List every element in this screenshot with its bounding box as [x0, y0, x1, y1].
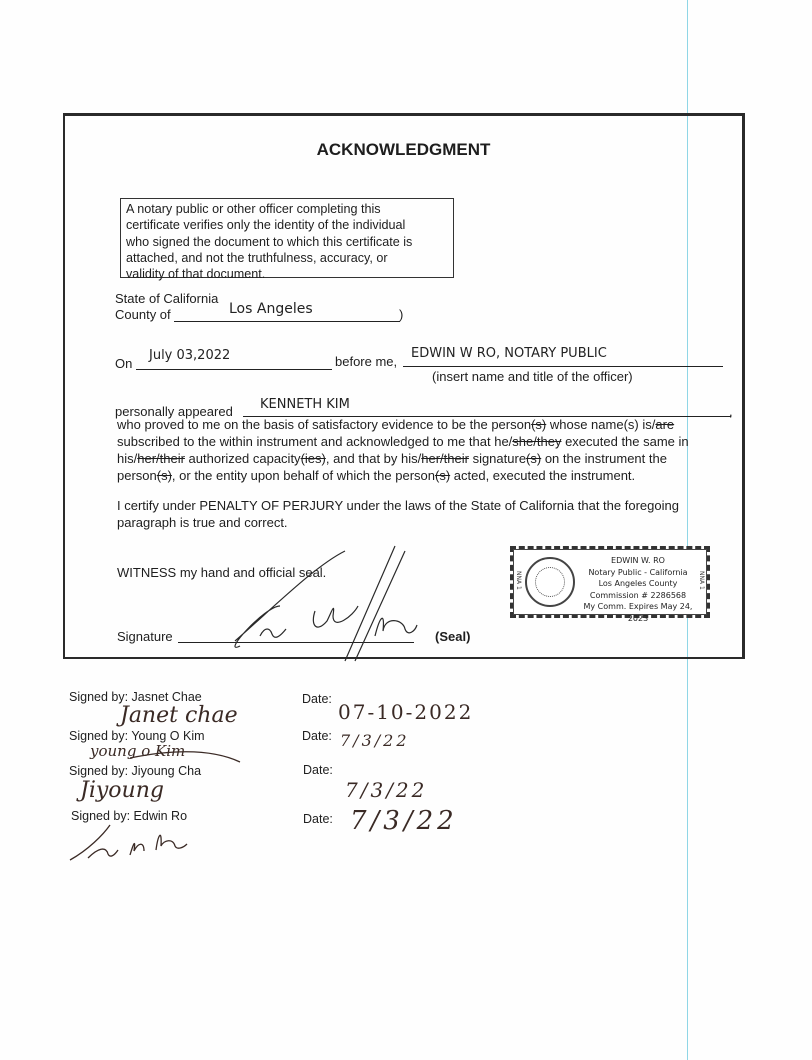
- struck-text: she/they: [512, 434, 561, 449]
- seal-label: (Seal): [435, 629, 470, 644]
- county-underline: [174, 321, 400, 322]
- body-text: , or the entity upon behalf of which the…: [172, 468, 435, 483]
- body-text: signature: [469, 451, 526, 466]
- officer-field[interactable]: EDWIN W RO, NOTARY PUBLIC: [411, 346, 607, 361]
- body-paragraph: who proved to me on the basis of satisfa…: [117, 416, 737, 484]
- disclaimer-line: validity of that document.: [126, 266, 448, 282]
- certify-text: paragraph is true and correct.: [117, 514, 737, 531]
- body-text: on the instrument the: [541, 451, 667, 466]
- disclaimer-line: A notary public or other officer complet…: [126, 201, 448, 217]
- struck-text: (s): [531, 417, 546, 432]
- seal-text: EDWIN W. RO Notary Public - California L…: [573, 555, 703, 624]
- signer-label: Signed by: Jiyoung Cha: [69, 764, 201, 778]
- seal-commission: Commission # 2286568: [573, 590, 703, 602]
- body-text: who proved to me on the basis of satisfa…: [117, 417, 531, 432]
- officer-underline: [403, 366, 723, 367]
- date-label: Date:: [303, 812, 333, 826]
- disclaimer-line: certificate verifies only the identity o…: [126, 217, 448, 233]
- notary-signature: [205, 546, 445, 666]
- seal-expires: My Comm. Expires May 24, 2023: [573, 601, 703, 624]
- body-text: his/: [117, 451, 137, 466]
- seal-side-text: NNA 1: [515, 571, 522, 590]
- struck-text: are: [655, 417, 674, 432]
- signer-label: Signed by: Jasnet Chae: [69, 690, 202, 704]
- on-label: On: [115, 356, 132, 371]
- signer-signature: Janet chae: [120, 703, 238, 728]
- body-text: , and that by his/: [326, 451, 421, 466]
- struck-text: (s): [435, 468, 450, 483]
- notary-seal: NNA 1 NNA 1 EDWIN W. RO Notary Public - …: [510, 546, 710, 618]
- signer-date: 7/3/22: [340, 731, 410, 750]
- disclaimer-box: A notary public or other officer complet…: [120, 198, 454, 278]
- date-label: Date:: [302, 692, 332, 706]
- signer-date: 7/3/22: [350, 806, 458, 836]
- seal-title: Notary Public - California: [573, 567, 703, 579]
- county-label: County of: [115, 307, 171, 322]
- struck-text: (s): [526, 451, 541, 466]
- form-title: ACKNOWLEDGMENT: [65, 140, 742, 160]
- seal-name: EDWIN W. RO: [573, 555, 703, 567]
- body-text: whose name(s) is/: [546, 417, 655, 432]
- body-text: executed the same in: [561, 434, 688, 449]
- signer-label: Signed by: Young O Kim: [69, 729, 205, 743]
- certify-paragraph: I certify under PENALTY OF PERJURY under…: [117, 497, 737, 531]
- signer-signature: Jiyoung: [80, 778, 164, 803]
- struck-text: (ies): [301, 451, 326, 466]
- state-label: State of California: [115, 291, 218, 306]
- date-label: Date:: [303, 763, 333, 777]
- certify-text: I certify under PENALTY OF PERJURY under…: [117, 497, 737, 514]
- seal-county: Los Angeles County: [573, 578, 703, 590]
- date-label: Date:: [302, 729, 332, 743]
- date-underline: [136, 369, 332, 370]
- struck-text: her/their: [137, 451, 185, 466]
- struck-text: her/their: [421, 451, 469, 466]
- disclaimer-line: who signed the document to which this ce…: [126, 234, 448, 250]
- officer-caption: (insert name and title of the officer): [432, 369, 633, 384]
- struck-text: (s): [157, 468, 172, 483]
- body-text: person: [117, 468, 157, 483]
- signer-date: 07-10-2022: [338, 700, 473, 724]
- signer-date: 7/3/22: [345, 778, 427, 802]
- body-text: subscribed to the within instrument and …: [117, 434, 512, 449]
- signer-signature-drawing: [68, 820, 208, 865]
- before-me-label: before me,: [335, 354, 397, 369]
- body-text: acted, executed the instrument.: [450, 468, 635, 483]
- disclaimer-line: attached, and not the truthfulness, accu…: [126, 250, 448, 266]
- body-text: authorized capacity: [185, 451, 301, 466]
- signature-label: Signature: [117, 629, 173, 644]
- appeared-field[interactable]: KENNETH KIM: [260, 397, 350, 412]
- california-seal-icon: [525, 557, 575, 607]
- county-paren: ): [399, 307, 403, 322]
- acknowledgment-form: ACKNOWLEDGMENT A notary public or other …: [63, 113, 745, 659]
- date-field[interactable]: July 03,2022: [149, 348, 230, 363]
- county-field[interactable]: Los Angeles: [229, 301, 313, 317]
